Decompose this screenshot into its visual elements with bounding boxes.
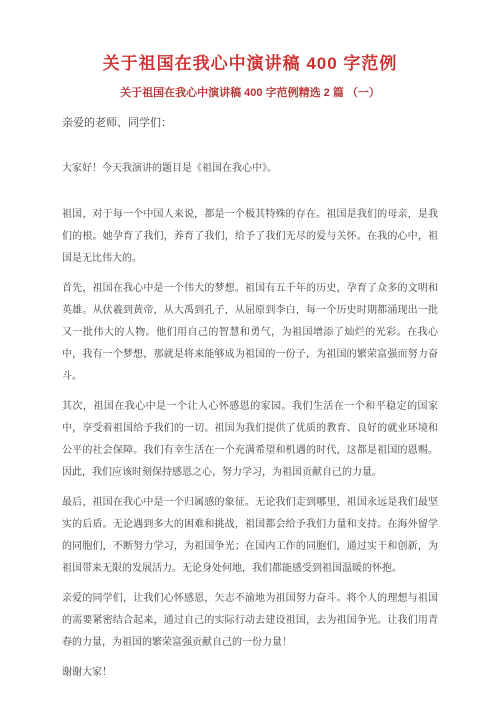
paragraph-motherland: 祖国，对于每一个中国人来说，都是一个极其特殊的存在。祖国是我们的母亲，是我们的根… bbox=[62, 204, 438, 270]
document-page: 关于祖国在我心中演讲稿 400 字范例 关于祖国在我心中演讲稿 400 字范例精… bbox=[0, 0, 500, 707]
paragraph-second-point: 其次，祖国在我心中是一个让人心怀感恩的家园。我们生活在一个和平稳定的国家中，享受… bbox=[62, 396, 438, 484]
paragraph-last-point: 最后，祖国在我心中是一个归属感的象征。无论我们走到哪里，祖国永远是我们最坚实的后… bbox=[62, 492, 438, 580]
page-title: 关于祖国在我心中演讲稿 400 字范例 bbox=[62, 52, 438, 76]
paragraph-call-to-action: 亲爱的同学们，让我们心怀感恩，矢志不渝地为祖国努力奋斗。将个人的理想与祖国的需要… bbox=[62, 588, 438, 654]
closing-line: 谢谢大家！ bbox=[62, 662, 438, 684]
page-subtitle: 关于祖国在我心中演讲稿 400 字范例精选 2 篇 （一） bbox=[62, 86, 438, 100]
document-content: 关于祖国在我心中演讲稿 400 字范例 关于祖国在我心中演讲稿 400 字范例精… bbox=[0, 52, 500, 684]
paragraph-first-point: 首先，祖国在我心中是一个伟大的梦想。祖国有五千年的历史，孕育了众多的文明和英雄。… bbox=[62, 278, 438, 388]
paragraph-opening: 大家好！今天我演讲的题目是《祖国在我心中》。 bbox=[62, 158, 438, 180]
greeting-line: 亲爱的老师、同学们： bbox=[62, 112, 438, 134]
